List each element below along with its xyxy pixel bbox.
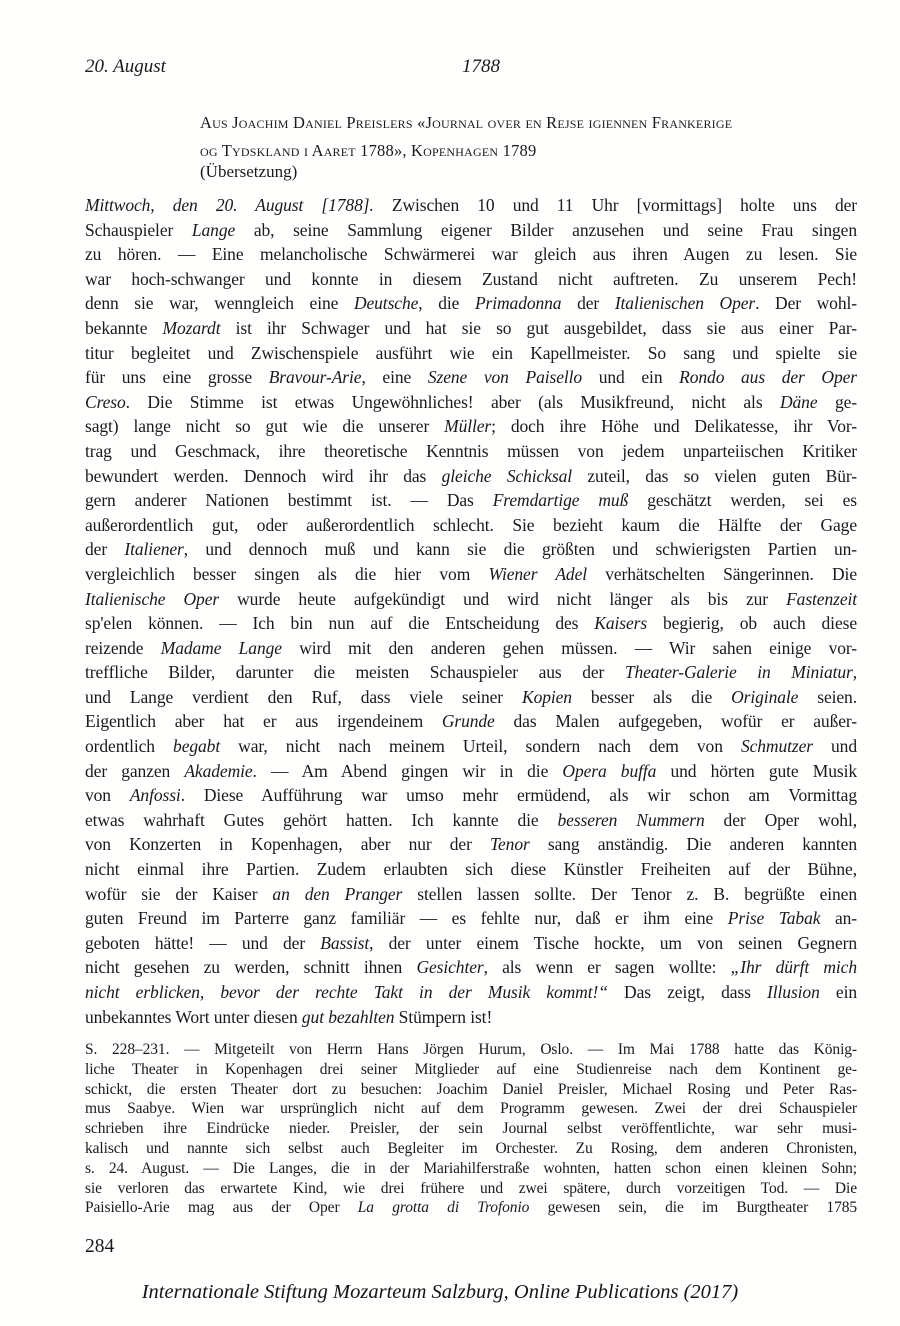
text-line: sp'elen können. — Ich bin nun auf die En… — [85, 611, 857, 636]
text-line: mus Saabye. Wien war ursprünglich nicht … — [85, 1099, 857, 1119]
journal-entry-text: Mittwoch, den 20. August [1788]. Zwische… — [85, 193, 857, 1029]
text-line: Schauspieler Lange ab, seine Sammlung ei… — [85, 218, 857, 243]
text-line: wofür sie der Kaiser an den Pranger stel… — [85, 882, 857, 907]
text-line: von Anfossi. Diese Aufführung war umso m… — [85, 783, 857, 808]
text-line: war hoch-schwanger und konnte in diesem … — [85, 267, 857, 292]
text-line: vergleichlich besser singen als die hier… — [85, 562, 857, 587]
text-line: s. 24. August. — Die Langes, die in der … — [85, 1159, 857, 1179]
text-line: Aus Joachim Daniel Preislers «Journal ov… — [200, 109, 872, 137]
text-line: treffliche Bilder, darunter die meisten … — [85, 660, 857, 685]
text-line: für uns eine grosse Bravour-Arie, eine S… — [85, 365, 857, 390]
text-line: sie verloren das erwartete Kind, wie dre… — [85, 1179, 857, 1199]
text-line: kalisch und nannte sich selbst auch Begl… — [85, 1139, 857, 1159]
text-line: unbekanntes Wort unter diesen gut bezahl… — [85, 1005, 857, 1030]
text-line: und Lange verdient den Ruf, dass viele s… — [85, 685, 857, 710]
text-line: liche Theater in Kopenhagen drei seiner … — [85, 1060, 857, 1080]
text-line: sagt) lange nicht so gut wie die unserer… — [85, 414, 857, 439]
running-head: 20. August 1788 — [85, 56, 857, 78]
text-line: guten Freund im Parterre ganz familiär —… — [85, 906, 857, 931]
text-line: Eigentlich aber hat er aus irgendeinem G… — [85, 709, 857, 734]
text-line: bekannte Mozardt ist ihr Schwager und ha… — [85, 316, 857, 341]
text-line: S. 228–231. — Mitgeteilt von Herrn Hans … — [85, 1040, 857, 1060]
text-line: nicht gesehen zu werden, schnitt ihnen G… — [85, 955, 857, 980]
text-line: Italienische Oper wurde heute aufgekündi… — [85, 587, 857, 612]
text-line: denn sie war, wenngleich eine Deutsche, … — [85, 291, 857, 316]
text-line: von Konzerten in Kopenhagen, aber nur de… — [85, 832, 857, 857]
translation-note: (Übersetzung) — [200, 162, 297, 182]
text-line: schickt, die ersten Theater dort zu besu… — [85, 1080, 857, 1100]
running-head-year: 1788 — [85, 56, 857, 78]
text-line: schrieben ihre Eindrücke nieder. Preisle… — [85, 1119, 857, 1139]
text-line: Mittwoch, den 20. August [1788]. Zwische… — [85, 193, 857, 218]
source-heading: Aus Joachim Daniel Preislers «Journal ov… — [200, 109, 872, 164]
text-line: zu hören. — Eine melancholische Schwärme… — [85, 242, 857, 267]
page-number: 284 — [85, 1236, 114, 1258]
text-line: etwas wahrhaft Gutes gehört hatten. Ich … — [85, 808, 857, 833]
text-line: reizende Madame Lange wird mit den ander… — [85, 636, 857, 661]
book-page: 20. August 1788 Aus Joachim Daniel Preis… — [0, 0, 900, 1326]
text-line: nicht erblicken, bevor der rechte Takt i… — [85, 980, 857, 1005]
text-line: bewundert werden. Dennoch wird ihr das g… — [85, 464, 857, 489]
text-line: Creso. Die Stimme ist etwas Ungewöhnlich… — [85, 390, 857, 415]
text-line: trag und Geschmack, ihre theoretische Ke… — [85, 439, 857, 464]
text-line: nicht einmal ihre Partien. Zudem erlaubt… — [85, 857, 857, 882]
text-line: der Italiener, und dennoch muß und kann … — [85, 537, 857, 562]
publication-credit: Internationale Stiftung Mozarteum Salzbu… — [0, 1281, 880, 1304]
text-line: außerordentlich gut, oder außerordentlic… — [85, 513, 857, 538]
text-line: der ganzen Akademie. — Am Abend gingen w… — [85, 759, 857, 784]
running-head-date: 20. August — [85, 56, 166, 78]
text-line: titur begleitet und Zwischenspiele ausfü… — [85, 341, 857, 366]
text-line: gern anderer Nationen bestimmt ist. — Da… — [85, 488, 857, 513]
text-line: ordentlich begabt war, nicht nach meinem… — [85, 734, 857, 759]
text-line: og Tydskland i Aaret 1788», Kopenhagen 1… — [200, 137, 872, 165]
text-line: Paisiello-Arie mag aus der Oper La grott… — [85, 1198, 857, 1218]
text-line: geboten hätte! — und der Bassist, der un… — [85, 931, 857, 956]
footnote-commentary: S. 228–231. — Mitgeteilt von Herrn Hans … — [85, 1040, 857, 1218]
